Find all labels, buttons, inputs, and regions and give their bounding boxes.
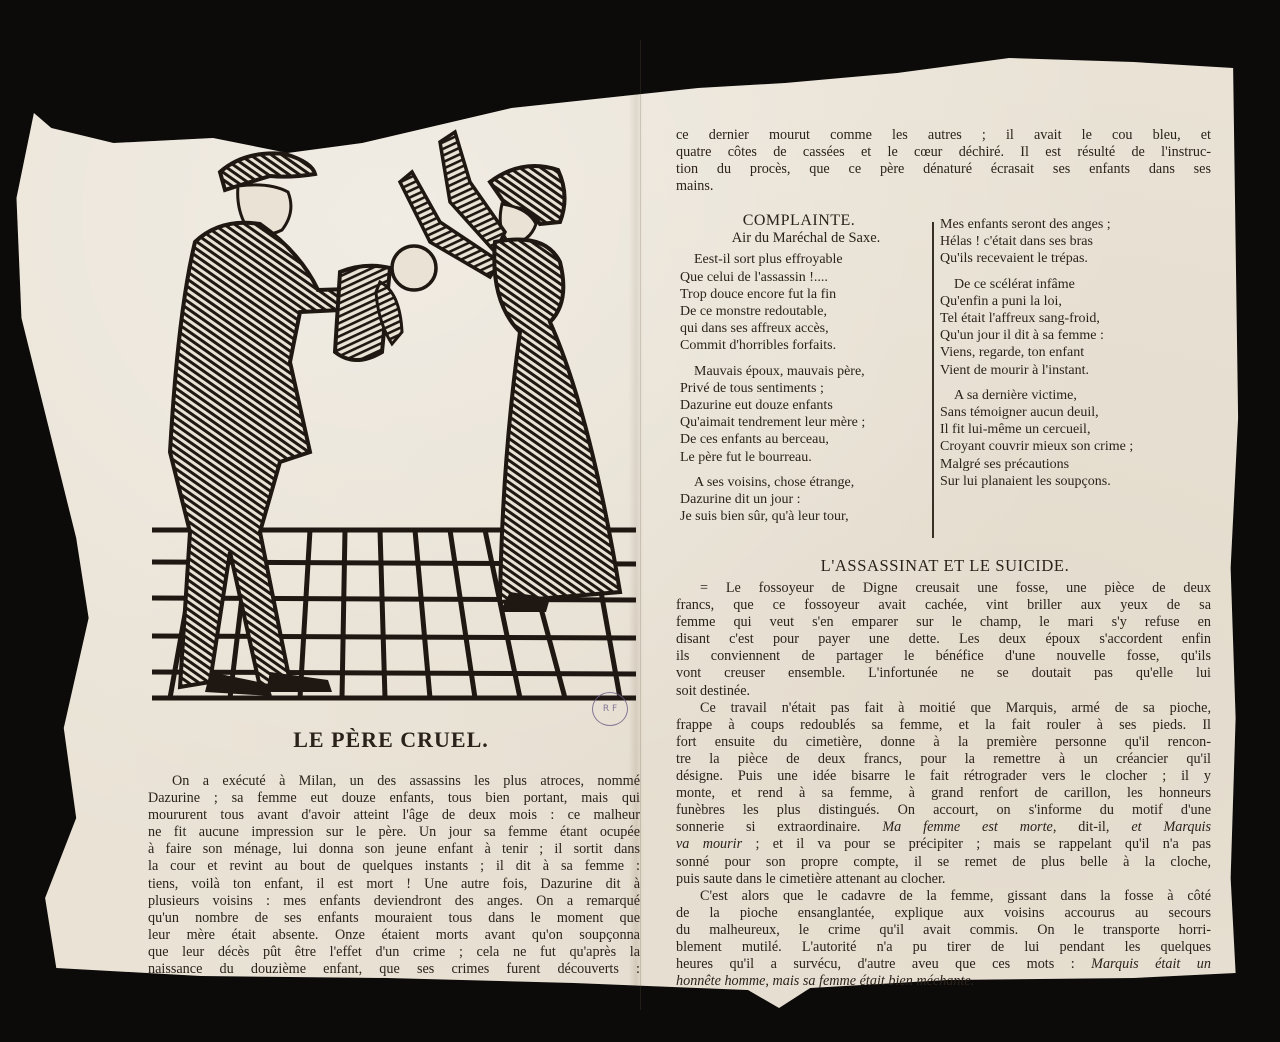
italic-quote: et Marquis xyxy=(1131,819,1211,835)
text-line: blement mutilé. L'autorité n'a pu tirer … xyxy=(676,939,1211,956)
verse: Trop douce encore fut la fin xyxy=(680,286,932,303)
text-run: , dit-il, xyxy=(1053,819,1131,835)
text-line: que leur décès pût être l'effet d'un cri… xyxy=(148,944,640,961)
text-line: femme qui veut s'en emparer sur le champ… xyxy=(676,614,1211,631)
verse: Qu'un jour il dit à sa femme : xyxy=(940,327,1200,344)
text-line: francs, que ce fossoyeur avait cachée, v… xyxy=(676,597,1211,614)
verse: De ce scélérat infâme xyxy=(940,276,1200,293)
verse: Le père fut le bourreau. xyxy=(680,449,932,466)
text-line: Dazurine ; sa femme eut douze enfants, t… xyxy=(148,790,640,807)
center-fold-line xyxy=(640,40,641,1010)
library-stamp: R F xyxy=(592,692,628,726)
text-line: plusieurs voisins : mes enfants deviendr… xyxy=(148,893,640,910)
complainte-column-right: Mes enfants seront des anges ; Hélas ! c… xyxy=(940,216,1200,498)
text-line: ils conviennent de partager le bénéfice … xyxy=(676,648,1211,665)
text-line: disant c'est pour payer une dette. Les d… xyxy=(676,631,1211,648)
article-body-assassinat-suicide: = Le fossoyeur de Digne creusait une fos… xyxy=(676,580,1211,990)
column-rule xyxy=(932,222,934,538)
verse: Sans témoigner aucun deuil, xyxy=(940,404,1200,421)
paragraph: = Le fossoyeur de Digne creusait une fos… xyxy=(676,580,1211,700)
text-line: soit destinée. xyxy=(676,683,1211,700)
verse: A ses voisins, chose étrange, xyxy=(680,474,932,491)
verse: Je suis bien sûr, qu'à leur tour, xyxy=(680,508,932,525)
verse: Dazurine eut douze enfants xyxy=(680,397,932,414)
text-line: vont creuser ensemble. L'infortunée ne s… xyxy=(676,665,1211,682)
text-line: monte, et rend à sa femme, à grand renfo… xyxy=(676,785,1211,802)
text-line: tiens, voilà ton enfant, il est mort ! U… xyxy=(148,876,640,893)
verse: Sur lui planaient les soupçons. xyxy=(940,473,1200,490)
text-line: quatre côtes de cassées et le cœur déchi… xyxy=(676,144,1211,161)
man-figure xyxy=(170,153,382,696)
text-line: du malheureux, le crime qu'il avait comm… xyxy=(676,922,1211,939)
italic-quote: honnête homme, mais sa femme était bien … xyxy=(676,973,974,989)
text-line: de la pioche ensanglantée, explique aux … xyxy=(676,905,1211,922)
verse: Qu'enfin a puni la loi, xyxy=(940,293,1200,310)
text-line: honnête homme, mais sa femme était bien … xyxy=(676,973,1211,990)
text-line: puis saute dans le cimetière attenant au… xyxy=(676,871,1211,888)
text-line: leur mère était absente. Onze étaient mo… xyxy=(148,927,640,944)
italic-quote: Marquis était un xyxy=(1091,956,1211,972)
verse: Que celui de l'assassin !.... xyxy=(680,269,932,286)
verse: Qu'ils recevaient le trépas. xyxy=(940,250,1200,267)
infant-figure xyxy=(335,246,436,360)
text-line: = Le fossoyeur de Digne creusait une fos… xyxy=(676,580,1211,597)
verse: Commit d'horribles forfaits. xyxy=(680,337,932,354)
paragraph: C'est alors que le cadavre de la femme, … xyxy=(676,888,1211,991)
verse: qui dans ses affreux accès, xyxy=(680,320,932,337)
verse: Privé de tous sentiments ; xyxy=(680,380,932,397)
scanned-document: R F LE PÈRE CRUEL. On a exécuté à Milan,… xyxy=(0,0,1280,1042)
text-line: à faire son ménage, lui donna son jeune … xyxy=(148,841,640,858)
italic-quote: va mourir xyxy=(676,836,742,852)
text-line: tre la pièce de deux francs, pour la rem… xyxy=(676,751,1211,768)
text-line: funèbres les plus distingués. On accourt… xyxy=(676,802,1211,819)
poem-stanza: A ses voisins, chose étrange, Dazurine d… xyxy=(680,474,932,526)
text-line: frappe à coups redoublés sa femme, et la… xyxy=(676,717,1211,734)
poem-stanza: Mauvais époux, mauvais père, Privé de to… xyxy=(680,363,932,466)
text-run: heures qu'il a survécu, d'autre aveu que… xyxy=(676,956,1091,972)
verse: Il fit lui-même un cercueil, xyxy=(940,421,1200,438)
text-run: sonnerie si extraordinaire. xyxy=(676,819,882,835)
text-line: désigne. Puis une idée bisarre le fait r… xyxy=(676,768,1211,785)
paragraph: Ce travail n'était pas fait à moitié que… xyxy=(676,700,1211,888)
article-title-pere-cruel: LE PÈRE CRUEL. xyxy=(150,727,632,753)
poem-stanza: Mes enfants seront des anges ; Hélas ! c… xyxy=(940,216,1200,268)
poem-stanza: De ce scélérat infâme Qu'enfin a puni la… xyxy=(940,276,1200,379)
text-line: heures qu'il a survécu, d'autre aveu que… xyxy=(676,956,1211,973)
complainte-title: COMPLAINTE. xyxy=(666,212,932,229)
italic-quote: Ma femme est morte xyxy=(882,819,1053,835)
text-line: fort ensuite du cimetière, donne à la pr… xyxy=(676,734,1211,751)
text-line: ce dernier mourut comme les autres ; il … xyxy=(676,127,1211,144)
verse: Vient de mourir à l'instant. xyxy=(940,362,1200,379)
text-line: ne fit aucune impression sur le père. Un… xyxy=(148,824,640,841)
text-line: sonné pour son propre compte, il se reme… xyxy=(676,854,1211,871)
verse: Mauvais époux, mauvais père, xyxy=(680,363,932,380)
verse: Viens, regarde, ton enfant xyxy=(940,344,1200,361)
verse: A sa dernière victime, xyxy=(940,387,1200,404)
article-body-pere-cruel: On a exécuté à Milan, un des assassins l… xyxy=(148,773,640,978)
text-run: ; et il va pour se précipiter ; mais se … xyxy=(742,836,1211,852)
text-line: qu'un nombre de ses enfants mouraient to… xyxy=(148,910,640,927)
woman-figure xyxy=(400,132,620,612)
woodcut-illustration xyxy=(150,112,638,702)
text-line: la cour et revint au bout de quelques in… xyxy=(148,858,640,875)
verse: Malgré ses précautions xyxy=(940,456,1200,473)
text-line: va mourir ; et il va pour se précipiter … xyxy=(676,836,1211,853)
text-line: C'est alors que le cadavre de la femme, … xyxy=(676,888,1211,905)
text-line: sonnerie si extraordinaire. Ma femme est… xyxy=(676,819,1211,836)
complainte-air: Air du Maréchal de Saxe. xyxy=(680,230,932,247)
verse: Croyant couvrir mieux son crime ; xyxy=(940,438,1200,455)
text-line: naissance du douzième enfant, que ses cr… xyxy=(148,961,640,978)
poem-stanza: A sa dernière victime, Sans témoigner au… xyxy=(940,387,1200,490)
verse: Eest-il sort plus effroyable xyxy=(680,251,932,268)
poem-stanza: Eest-il sort plus effroyable Que celui d… xyxy=(680,251,932,354)
verse: De ces enfants au berceau, xyxy=(680,431,932,448)
text-line: tion du procès, que ce père dénaturé écr… xyxy=(676,161,1211,178)
verse: Dazurine dit un jour : xyxy=(680,491,932,508)
text-line: On a exécuté à Milan, un des assassins l… xyxy=(148,773,640,790)
text-line: Ce travail n'était pas fait à moitié que… xyxy=(676,700,1211,717)
text-line: moururent tous avant d'avoir atteint l'â… xyxy=(148,807,640,824)
verse: Mes enfants seront des anges ; xyxy=(940,216,1200,233)
verse: De ce monstre redoutable, xyxy=(680,303,932,320)
verse: Tel était l'affreux sang-froid, xyxy=(940,310,1200,327)
verse: Hélas ! c'était dans ses bras xyxy=(940,233,1200,250)
verse: Qu'aimait tendrement leur mère ; xyxy=(680,414,932,431)
woodcut-image xyxy=(150,112,638,702)
text-line: mains. xyxy=(676,178,1211,195)
complainte-column-left: COMPLAINTE. Air du Maréchal de Saxe. Ees… xyxy=(680,212,932,533)
article-continuation: ce dernier mourut comme les autres ; il … xyxy=(676,127,1211,195)
article-title-assassinat-suicide: L'ASSASSINAT ET LE SUICIDE. xyxy=(680,556,1210,576)
